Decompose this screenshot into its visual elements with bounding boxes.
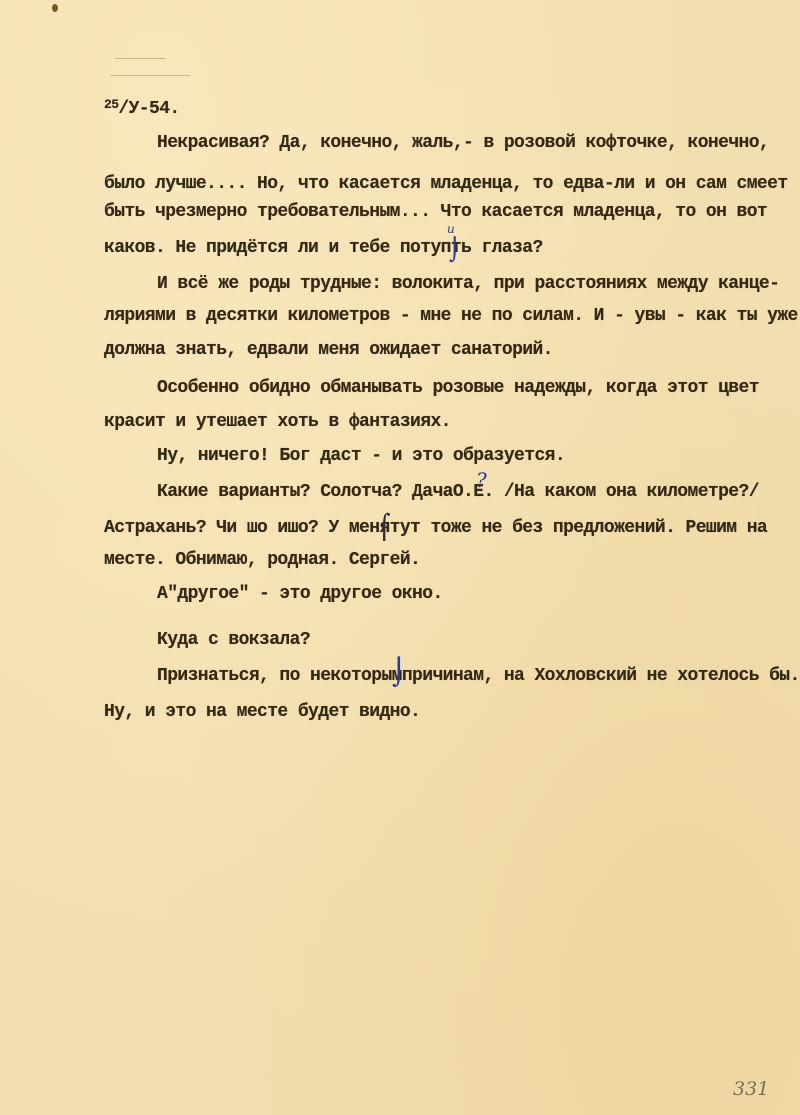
text-line: каков. Не придётся ли и тебе потупть гла…	[104, 238, 543, 258]
text-line: Куда с вокзала?	[157, 630, 310, 650]
text-line: Астрахань? Чи шо ишо? У менятут тоже не …	[104, 518, 767, 538]
date-rest: /У-54.	[118, 99, 179, 119]
handwritten-insert-mark: ⌡	[392, 660, 406, 686]
text-line: было лучше.... Но, что касается младенца…	[104, 174, 788, 194]
text-line: ляриями в десятки километров - мне не по…	[104, 306, 798, 326]
text-line: Особенно обидно обманывать розовые надеж…	[157, 378, 759, 398]
text-line: Признаться, по некоторымпричинам, на Хох…	[157, 666, 800, 686]
handwritten-insert-mark: ⌠	[378, 515, 391, 539]
handwritten-question-mark: ?	[476, 468, 487, 492]
paper-mark	[110, 75, 190, 76]
handwritten-insert-i: и	[447, 222, 455, 236]
handwritten-insert-mark: ⌡	[449, 240, 460, 262]
text-line: месте. Обнимаю, родная. Сергей.	[104, 550, 420, 570]
document-date: 25/У-54.	[104, 97, 180, 119]
text-line: Какие варианты? Солотча? ДачаО.Е. /На ка…	[157, 482, 759, 502]
paper-mark	[115, 58, 165, 59]
text-line: И всё же роды трудные: волокита, при рас…	[157, 274, 779, 294]
text-line: Ну, ничего! Бог даст - и это образуется.	[157, 446, 565, 466]
text-line: Некрасивая? Да, конечно, жаль,- в розово…	[157, 133, 769, 153]
text-line: быть чрезмерно требовательным... Что кас…	[104, 202, 767, 222]
page-number: 331	[733, 1078, 769, 1100]
date-day: 25	[104, 97, 118, 112]
document-page: 25/У-54. Некрасивая? Да, конечно, жаль,-…	[0, 0, 800, 1115]
text-line: А"другое" - это другое окно.	[157, 584, 443, 604]
punch-hole	[52, 4, 58, 12]
text-line: Ну, и это на месте будет видно.	[104, 702, 420, 722]
text-line: должна знать, едвали меня ожидает санато…	[104, 340, 553, 360]
text-line: красит и утешает хоть в фантазиях.	[104, 412, 451, 432]
